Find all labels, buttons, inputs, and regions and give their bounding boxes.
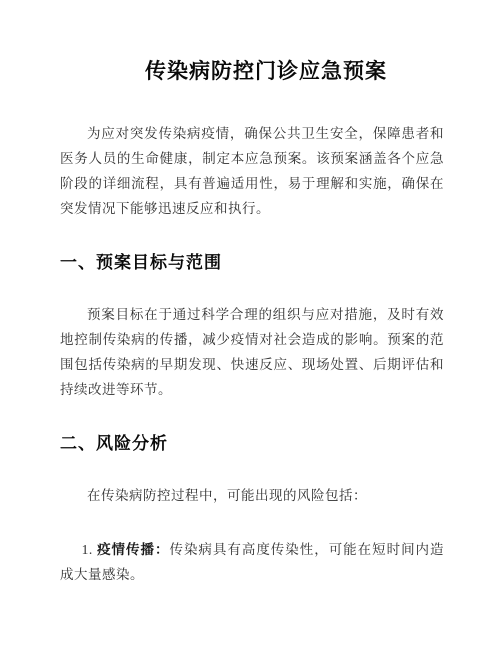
document-title: 传染病防控门诊应急预案 bbox=[60, 58, 444, 86]
section-1-heading: 一、预案目标与范围 bbox=[60, 252, 444, 274]
section-2-paragraph: 在传染病防控过程中，可能出现的风险包括： bbox=[60, 483, 444, 508]
section-1-paragraph: 预案目标在于通过科学合理的组织与应对措施，及时有效地控制传染病的传播，减少疫情对… bbox=[60, 302, 444, 402]
risk-item-term: 疫情传播： bbox=[97, 542, 169, 557]
risk-item-number: 1. bbox=[82, 542, 93, 557]
intro-paragraph: 为应对突发传染病疫情，确保公共卫生安全，保障患者和医务人员的生命健康，制定本应急… bbox=[60, 121, 444, 221]
document-page: 传染病防控门诊应急预案 为应对突发传染病疫情，确保公共卫生安全，保障患者和医务人… bbox=[0, 0, 500, 647]
risk-list-item: 1. 疫情传播：传染病具有高度传染性，可能在短时间内造成大量感染。 bbox=[60, 537, 444, 587]
section-2-heading: 二、风险分析 bbox=[60, 433, 444, 455]
